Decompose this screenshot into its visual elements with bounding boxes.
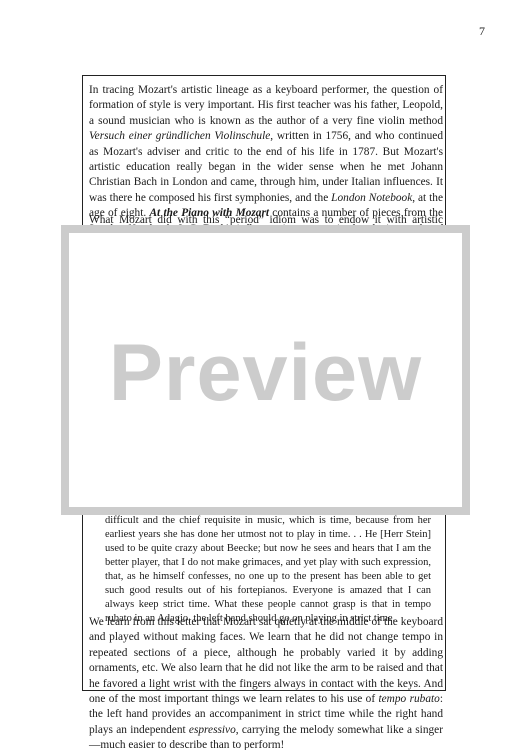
paragraph-letter-lessons: We learn from this letter that Mozart sa…	[89, 615, 443, 750]
text-run: We learn from this letter that Mozart sa…	[89, 616, 443, 705]
title-violinschule: Versuch einer gründlichen Violinschule	[89, 130, 270, 142]
text-run: In tracing Mozart's artistic lineage as …	[89, 84, 443, 127]
term-tempo-rubato: tempo rubato	[379, 693, 440, 705]
preview-watermark: Preview	[61, 225, 470, 515]
page-number: 7	[479, 24, 485, 39]
term-espressivo: espressivo	[189, 724, 236, 736]
letter-quote: difficult and the chief requisite in mus…	[105, 514, 431, 626]
title-london-notebook: London Notebook	[331, 192, 412, 204]
preview-label: Preview	[109, 327, 422, 420]
